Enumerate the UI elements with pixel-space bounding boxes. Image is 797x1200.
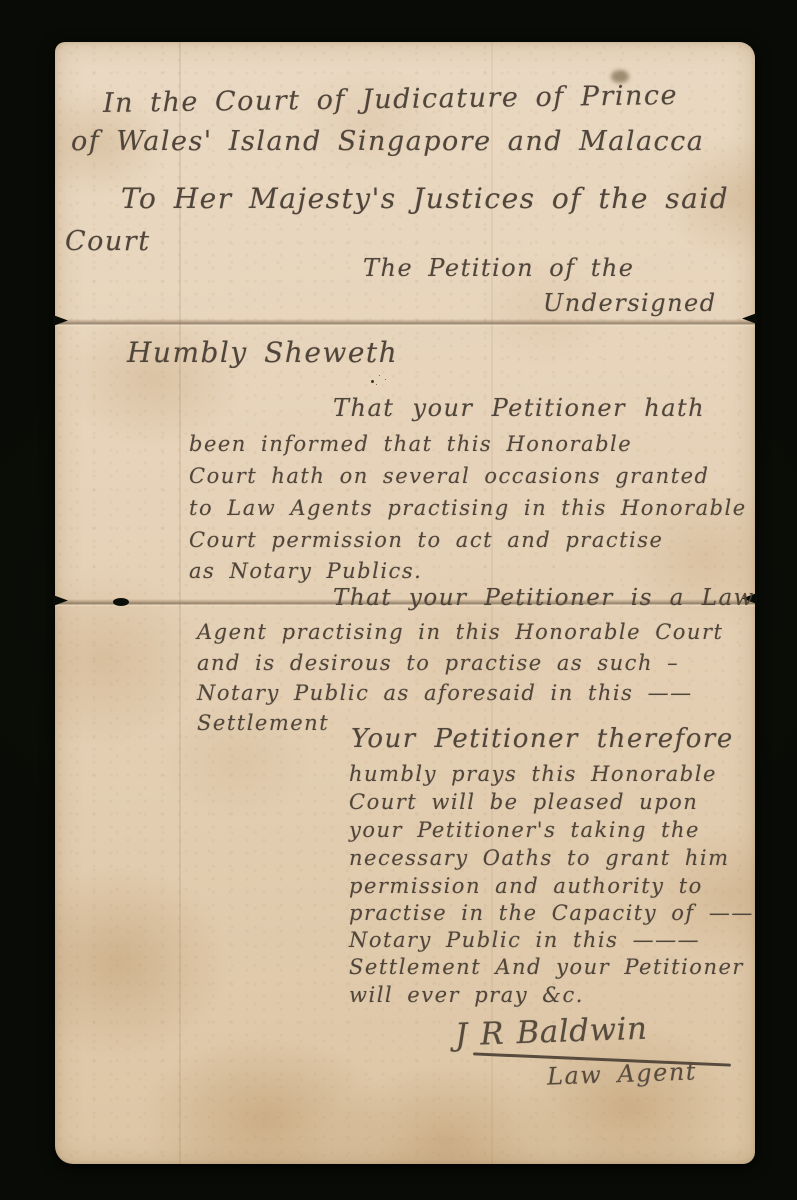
prayer-line-2: humbly prays this Honorable (349, 762, 717, 786)
prayer-line-9: Settlement And your Petitioner (349, 955, 744, 979)
para2-line-3: and is desirous to practise as such – (197, 651, 679, 675)
para1-line-3: Court hath on several occasions granted (189, 464, 710, 488)
para1-line-4: to Law Agents practising in this Honorab… (189, 496, 747, 520)
para2-line-1: That your Petitioner is a Law (333, 585, 755, 611)
prayer-line-8: Notary Public in this ——— (349, 928, 700, 952)
para1-line-2: been informed that this Honorable (189, 432, 632, 456)
para2-line-2: Agent practising in this Honorable Court (197, 620, 723, 644)
header-line-1: In the Court of Judicature of Prince (103, 80, 678, 119)
prayer-line-3: Court will be pleased upon (349, 790, 698, 814)
address-line-2: Court (65, 226, 151, 257)
petition-of-line-2: Undersigned (543, 289, 717, 317)
para1-line-6: as Notary Publics. (189, 559, 422, 583)
petition-document: In the Court of Judicature of Prince of … (55, 42, 755, 1164)
prayer-line-7: practise in the Capacity of —— (349, 901, 754, 925)
address-line-1: To Her Majesty's Justices of the said (121, 182, 729, 215)
para1-line-5: Court permission to act and practise (189, 528, 663, 552)
prayer-line-10: will ever pray &c. (349, 983, 584, 1007)
prayer-line-6: permission and authority to (349, 874, 703, 898)
para2-line-5: Settlement (197, 711, 329, 735)
signature-title: Law Agent (547, 1057, 698, 1090)
header-line-2: of Wales' Island Singapore and Malacca (71, 126, 704, 157)
petition-of-line-1: The Petition of the (363, 254, 635, 282)
fold-crease-upper (55, 319, 755, 327)
para1-line-1: That your Petitioner hath (333, 394, 705, 422)
signature-name: J R Baldwin (454, 1011, 648, 1054)
worm-hole (113, 598, 129, 606)
salutation: Humbly Sheweth (127, 336, 398, 369)
photo-background: In the Court of Judicature of Prince of … (0, 0, 797, 1200)
prayer-line-4: your Petitioner's taking the (349, 818, 700, 842)
prayer-line-5: necessary Oaths to grant him (349, 846, 730, 870)
prayer-line-1: Your Petitioner therefore (351, 724, 734, 754)
para2-line-4: Notary Public as aforesaid in this —— (197, 681, 693, 705)
ink-spatter (371, 380, 374, 383)
